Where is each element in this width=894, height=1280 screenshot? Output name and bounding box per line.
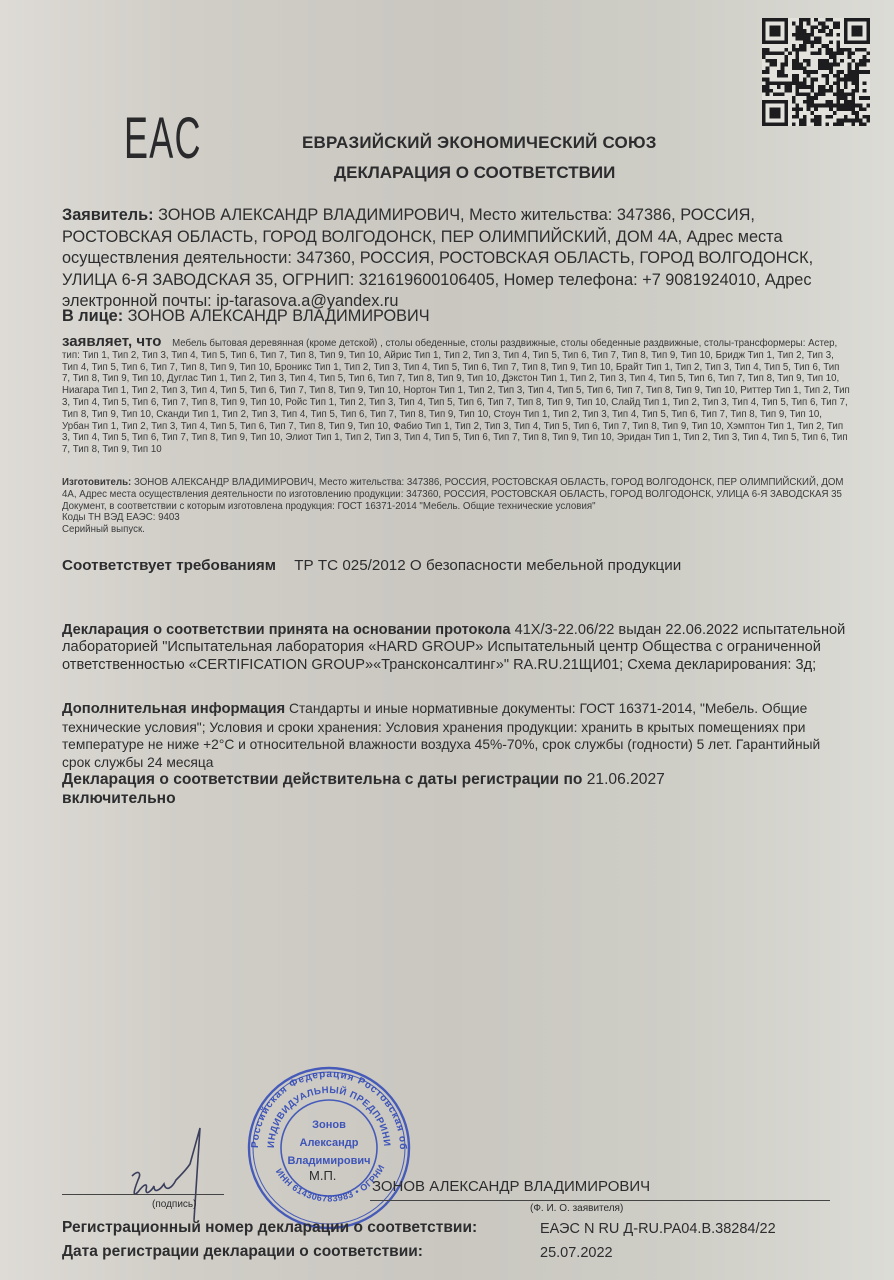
additional-info-label: Дополнительная информация [62, 701, 285, 717]
manufacturer-document: Документ, в соответствии с которым изгот… [62, 501, 847, 513]
name-line [370, 1200, 830, 1201]
qr-code-icon[interactable] [762, 18, 870, 126]
stamp-place-label: М.П. [309, 1168, 336, 1183]
applicant-section: Заявитель: ЗОНОВ АЛЕКСАНДР ВЛАДИМИРОВИЧ,… [62, 205, 842, 313]
registration-date-value: 25.07.2022 [540, 1245, 613, 1261]
signature-caption: (подпись) [152, 1199, 196, 1210]
product-list: Мебель бытовая деревянная (кроме детской… [62, 338, 850, 455]
eac-logo: EAC [124, 110, 202, 168]
manufacturer-text: ЗОНОВ АЛЕКСАНДР ВЛАДИМИРОВИЧ, Место жите… [62, 477, 844, 500]
additional-info-section: Дополнительная информация Стандарты и ин… [62, 700, 852, 771]
registration-number-value: ЕАЭС N RU Д-RU.PA04.B.38284/22 [540, 1221, 776, 1237]
validity-date: 21.06.2027 [587, 771, 665, 788]
manufacturer-section: Изготовитель: ЗОНОВ АЛЕКСАНДР ВЛАДИМИРОВ… [62, 477, 847, 536]
seal-stamp-icon: Российская Федерация Ростовская область … [238, 1066, 420, 1230]
complies-label: Соответствует требованиям [62, 557, 276, 574]
complies-section: Соответствует требованиям ТР ТС 025/2012… [62, 557, 681, 574]
applicant-label: Заявитель: [62, 206, 154, 224]
manufacturer-label: Изготовитель: [62, 477, 131, 488]
union-title: ЕВРАЗИЙСКИЙ ЭКОНОМИЧЕСКИЙ СОЮЗ [302, 133, 657, 153]
registration-date-label: Дата регистрации декларации о соответств… [62, 1243, 423, 1261]
registration-number-label: Регистрационный номер декларации о соотв… [62, 1219, 477, 1237]
svg-text:Зонов: Зонов [312, 1119, 346, 1131]
svg-text:Владимирович: Владимирович [287, 1155, 370, 1167]
in-person-section: В лице: ЗОНОВ АЛЕКСАНДР ВЛАДИМИРОВИЧ [62, 307, 430, 326]
declares-label: заявляет, что [62, 333, 161, 350]
svg-text:Александр: Александр [300, 1137, 359, 1149]
name-caption: (Ф. И. О. заявителя) [530, 1203, 623, 1214]
validity-label-end: включительно [62, 790, 176, 807]
signature-line [62, 1194, 224, 1195]
release-type: Серийный выпуск. [62, 524, 847, 536]
basis-section: Декларация о соответствии принята на осн… [62, 622, 852, 674]
complies-text: ТР ТС 025/2012 О безопасности мебельной … [294, 557, 681, 574]
applicant-name: ЗОНОВ АЛЕКСАНДР ВЛАДИМИРОВИЧ [372, 1178, 650, 1195]
validity-label: Декларация о соответствии действительна … [62, 771, 582, 788]
hs-codes: Коды ТН ВЭД ЕАЭС: 9403 [62, 512, 847, 524]
basis-label: Декларация о соответствии принята на осн… [62, 622, 511, 638]
document-title: ДЕКЛАРАЦИЯ О СООТВЕТСТВИИ [334, 163, 615, 183]
declares-section: заявляет, что Мебель бытовая деревянная … [62, 336, 850, 456]
in-person-text: ЗОНОВ АЛЕКСАНДР ВЛАДИМИРОВИЧ [128, 307, 430, 325]
validity-section: Декларация о соответствии действительна … [62, 770, 782, 808]
in-person-label: В лице: [62, 307, 123, 325]
applicant-text: ЗОНОВ АЛЕКСАНДР ВЛАДИМИРОВИЧ, Место жите… [62, 206, 813, 310]
